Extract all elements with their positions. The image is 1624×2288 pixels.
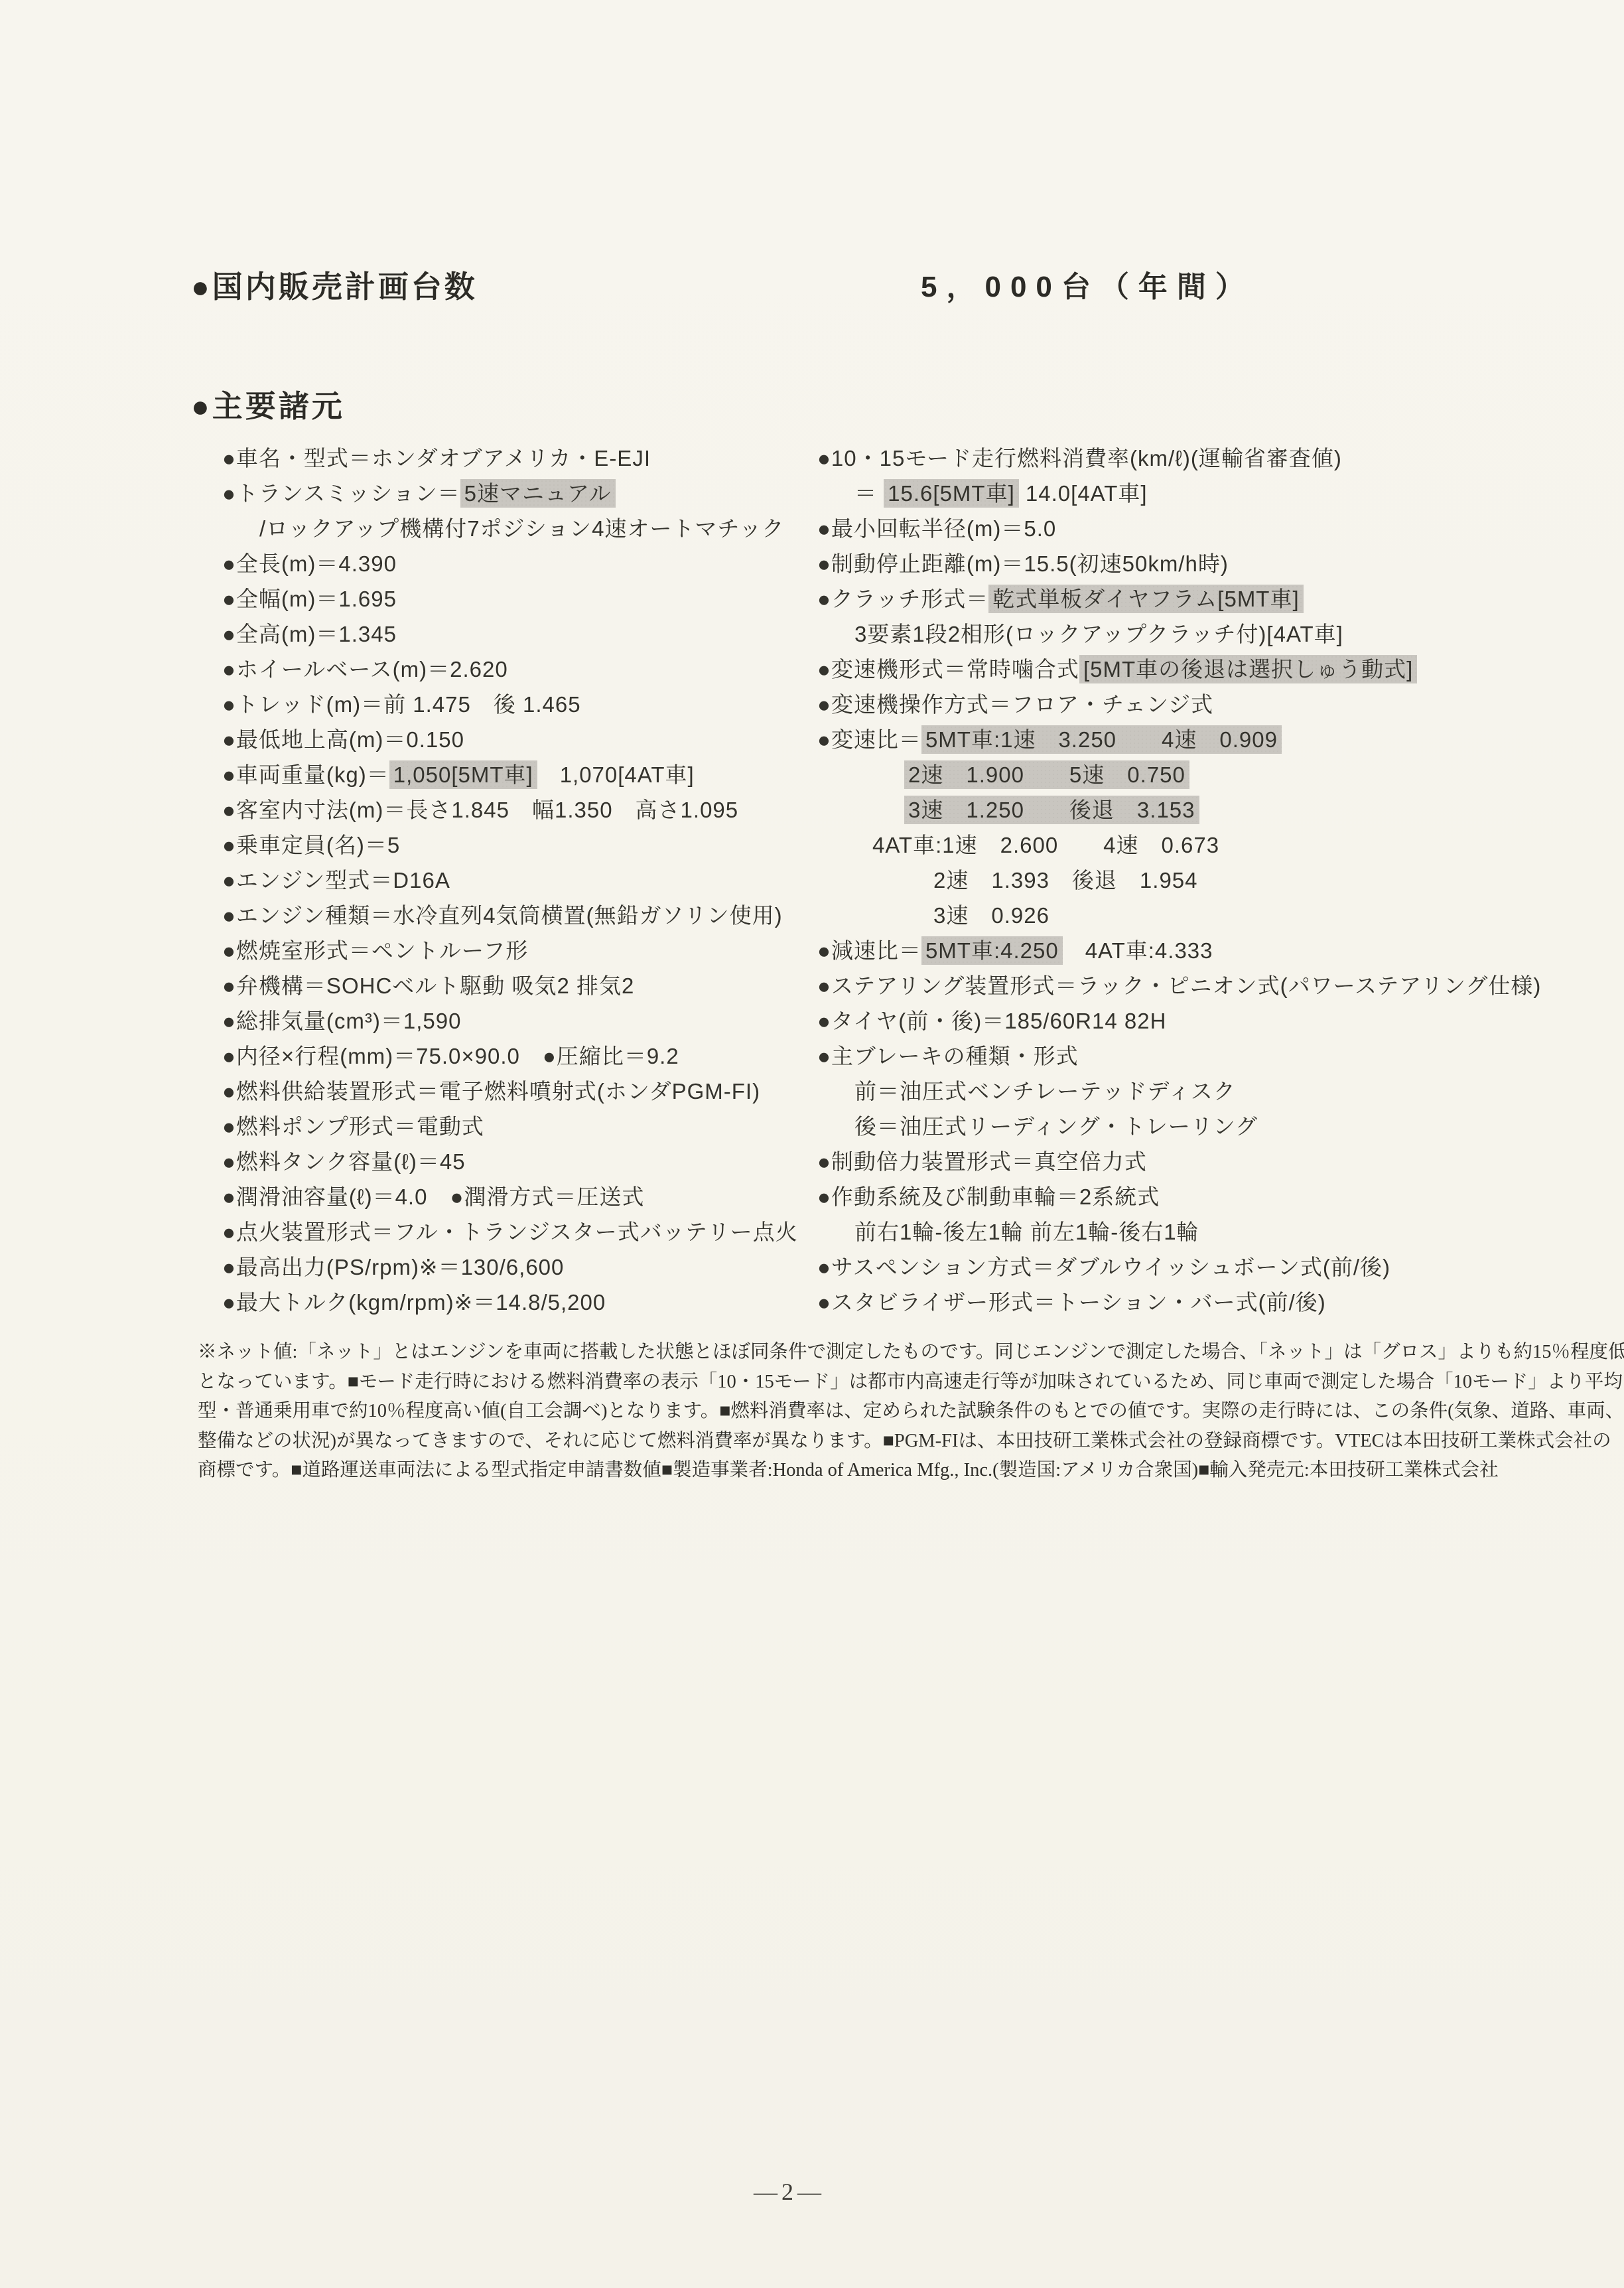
spec-text: ●変速比＝ xyxy=(817,727,921,752)
spec-text: ●ホイールベース(m)＝2.620 xyxy=(222,657,508,681)
spec-line: 4AT車:1速 2.600 4速 0.673 xyxy=(872,827,1521,863)
spec-line: ●トレッド(m)＝前 1.475 後 1.465 xyxy=(222,687,819,722)
spec-line: ●最小回転半径(m)＝5.0 xyxy=(817,511,1521,546)
spec-text: 3要素1段2相形(ロックアップクラッチ付)[4AT車] xyxy=(854,622,1343,646)
spec-line: ●燃焼室形式＝ペントルーフ形 xyxy=(222,933,819,968)
spec-line: ＝ 15.6[5MT車] 14.0[4AT車] xyxy=(854,476,1521,511)
spec-text: ●主ブレーキの種類・形式 xyxy=(817,1044,1079,1068)
spec-text: 2速 1.393 後退 1.954 xyxy=(933,868,1198,893)
spec-line: ●最大トルク(kgm/rpm)※＝14.8/5,200 xyxy=(222,1285,819,1320)
spec-line: ●燃料タンク容量(ℓ)＝45 xyxy=(222,1144,819,1179)
spec-text: ●燃焼室形式＝ペントルーフ形 xyxy=(222,938,528,963)
spec-text: 4AT車:4.333 xyxy=(1063,938,1213,963)
spec-text: ●全幅(m)＝1.695 xyxy=(222,587,397,611)
spec-text: ●スタビライザー形式＝トーション・バー式(前/後) xyxy=(817,1290,1326,1315)
spec-line: ●主ブレーキの種類・形式 xyxy=(817,1038,1521,1074)
spec-line: 3要素1段2相形(ロックアップクラッチ付)[4AT車] xyxy=(854,616,1521,652)
spec-line: ●最低地上高(m)＝0.150 xyxy=(222,722,819,757)
spec-text: 1,070[4AT車] xyxy=(537,762,695,787)
spec-text: ●弁機構＝SOHCベルト駆動 吸気2 排気2 xyxy=(222,973,634,998)
spec-text: ●内径×行程(mm)＝75.0×90.0 ●圧縮比＝9.2 xyxy=(222,1044,679,1068)
spec-text: ●点火装置形式＝フル・トランジスター式バッテリー点火 xyxy=(222,1220,798,1244)
spec-text: ●乗車定員(名)＝5 xyxy=(222,833,400,857)
spec-line: ●制動停止距離(m)＝15.5(初速50km/h時) xyxy=(817,546,1521,581)
spec-line: ●サスペンション方式＝ダブルウイッシュボーン式(前/後) xyxy=(817,1250,1521,1285)
highlighted-spec-text: 2速 1.900 5速 0.750 xyxy=(904,760,1189,789)
spec-text: 前右1輪-後左1輪 前左1輪-後右1輪 xyxy=(854,1220,1199,1244)
spec-line: ●変速機操作方式＝フロア・チェンジ式 xyxy=(817,687,1521,722)
spec-line: ●点火装置形式＝フル・トランジスター式バッテリー点火 xyxy=(222,1214,819,1250)
spec-line: ●エンジン型式＝D16A xyxy=(222,863,819,898)
spec-line: ●弁機構＝SOHCベルト駆動 吸気2 排気2 xyxy=(222,968,819,1003)
spec-line: ●燃料供給装置形式＝電子燃料噴射式(ホンダPGM-FI) xyxy=(222,1074,819,1109)
spec-line: ●総排気量(cm³)＝1,590 xyxy=(222,1003,819,1038)
domestic-sales-plan-label: ●国内販売計画台数 xyxy=(191,269,478,304)
spec-text: ●客室内寸法(m)＝長さ1.845 幅1.350 高さ1.095 xyxy=(222,798,738,822)
spec-line: ●ステアリング装置形式＝ラック・ピニオン式(パワーステアリング仕様) xyxy=(817,968,1521,1003)
highlighted-spec-text: 15.6[5MT車] xyxy=(884,479,1019,508)
footnote-line: 整備などの状況)が異なってきますので、それに応じて燃料消費率が異なります。■PG… xyxy=(198,1427,1433,1457)
highlighted-spec-text: 乾式単板ダイヤフラム[5MT車] xyxy=(988,585,1303,613)
spec-text: ●トレッド(m)＝前 1.475 後 1.465 xyxy=(222,692,581,717)
spec-line: ●車名・型式＝ホンダオブアメリカ・E-EJI xyxy=(222,441,819,476)
spec-line: ●乗車定員(名)＝5 xyxy=(222,827,819,863)
highlighted-spec-text: 5速マニュアル xyxy=(460,479,616,508)
spec-line: ●タイヤ(前・後)＝185/60R14 82H xyxy=(817,1003,1521,1038)
spec-line: 前右1輪-後左1輪 前左1輪-後右1輪 xyxy=(854,1214,1521,1250)
spec-text: ●燃料ポンプ形式＝電動式 xyxy=(222,1114,484,1139)
spec-text: ●総排気量(cm³)＝1,590 xyxy=(222,1009,461,1033)
spec-text: ●ステアリング装置形式＝ラック・ピニオン式(パワーステアリング仕様) xyxy=(817,973,1541,998)
spec-line: 前＝油圧式ベンチレーテッドディスク xyxy=(854,1074,1521,1109)
highlighted-spec-text: 1,050[5MT車] xyxy=(389,760,537,789)
spec-text: ●10・15モード走行燃料消費率(km/ℓ)(運輸省審査値) xyxy=(817,446,1342,470)
page-number: —2— xyxy=(0,2178,1579,2206)
footnote-line: 型・普通乗用車で約10％程度高い値(自工会調べ)となります。■燃料消費率は、定め… xyxy=(198,1397,1433,1427)
domestic-sales-plan-row: ●国内販売計画台数 5，000台（年間） xyxy=(191,263,1452,307)
spec-text: ●タイヤ(前・後)＝185/60R14 82H xyxy=(817,1009,1166,1033)
highlighted-spec-text: 3速 1.250 後退 3.153 xyxy=(904,796,1199,824)
spec-text: ●エンジン種類＝水冷直列4気筒横置(無鉛ガソリン使用) xyxy=(222,903,783,928)
spec-text: ●車名・型式＝ホンダオブアメリカ・E-EJI xyxy=(222,446,651,470)
spec-line: ●作動系統及び制動車輪＝2系統式 xyxy=(817,1179,1521,1214)
spec-text: ●作動系統及び制動車輪＝2系統式 xyxy=(817,1184,1160,1209)
footnote-line: となっています。■モード走行時における燃料消費率の表示「10・15モード」は都市… xyxy=(198,1368,1433,1397)
footnote-line: ※ネット値:「ネット」とはエンジンを車両に搭載した状態とほぼ同条件で測定したもの… xyxy=(198,1338,1433,1368)
spec-line: 後＝油圧式リーディング・トレーリング xyxy=(854,1109,1521,1144)
spec-line: ●燃料ポンプ形式＝電動式 xyxy=(222,1109,819,1144)
spec-line: ●車両重量(kg)＝1,050[5MT車] 1,070[4AT車] xyxy=(222,757,819,792)
highlighted-spec-text: [5MT車の後退は選択しゅう動式] xyxy=(1079,655,1417,683)
spec-text: ●制動停止距離(m)＝15.5(初速50km/h時) xyxy=(817,551,1229,576)
spec-text: ●潤滑油容量(ℓ)＝4.0 ●潤滑方式＝圧送式 xyxy=(222,1184,644,1209)
spec-text: ●変速機操作方式＝フロア・チェンジ式 xyxy=(817,692,1213,717)
spec-text: ●トランスミッション＝ xyxy=(222,481,460,506)
spec-text: ●減速比＝ xyxy=(817,938,921,963)
spec-line: ●最高出力(PS/rpm)※＝130/6,600 xyxy=(222,1250,819,1285)
spec-text: ●燃料タンク容量(ℓ)＝45 xyxy=(222,1149,466,1174)
footnote-paragraph: ※ネット値:「ネット」とはエンジンを車両に搭載した状態とほぼ同条件で測定したもの… xyxy=(198,1338,1433,1486)
spec-line: ●全長(m)＝4.390 xyxy=(222,546,819,581)
spec-line: /ロックアップ機構付7ポジション4速オートマチック xyxy=(259,511,819,546)
spec-text: ●クラッチ形式＝ xyxy=(817,587,988,611)
spec-text: ●全長(m)＝4.390 xyxy=(222,551,397,576)
spec-line: ●客室内寸法(m)＝長さ1.845 幅1.350 高さ1.095 xyxy=(222,792,819,827)
spec-line: 2速 1.900 5速 0.750 xyxy=(904,757,1521,792)
spec-sheet-page: ●国内販売計画台数 5，000台（年間） ●主要諸元 ●車名・型式＝ホンダオブア… xyxy=(0,0,1624,2288)
spec-column-left: ●車名・型式＝ホンダオブアメリカ・E-EJI●トランスミッション＝5速マニュアル… xyxy=(222,441,819,1320)
spec-line: 3速 0.926 xyxy=(933,898,1521,933)
spec-text: ●燃料供給装置形式＝電子燃料噴射式(ホンダPGM-FI) xyxy=(222,1079,760,1104)
highlighted-spec-text: 5MT車:1速 3.250 4速 0.909 xyxy=(921,725,1282,754)
spec-text: ●全高(m)＝1.345 xyxy=(222,622,397,646)
spec-text: ●エンジン型式＝D16A xyxy=(222,868,450,893)
spec-line: ●クラッチ形式＝乾式単板ダイヤフラム[5MT車] xyxy=(817,581,1521,616)
spec-text: 4AT車:1速 2.600 4速 0.673 xyxy=(872,833,1219,857)
main-specifications-heading: ●主要諸元 xyxy=(191,382,345,426)
spec-text: ●変速機形式＝常時噛合式 xyxy=(817,657,1079,681)
spec-text: ＝ xyxy=(854,481,884,506)
spec-line: 3速 1.250 後退 3.153 xyxy=(904,792,1521,827)
spec-line: ●潤滑油容量(ℓ)＝4.0 ●潤滑方式＝圧送式 xyxy=(222,1179,819,1214)
spec-text: ●車両重量(kg)＝ xyxy=(222,762,389,787)
spec-text: 後＝油圧式リーディング・トレーリング xyxy=(854,1114,1258,1139)
spec-line: ●10・15モード走行燃料消費率(km/ℓ)(運輸省審査値) xyxy=(817,441,1521,476)
spec-column-right: ●10・15モード走行燃料消費率(km/ℓ)(運輸省審査値)＝ 15.6[5MT… xyxy=(817,441,1521,1320)
spec-text: ●サスペンション方式＝ダブルウイッシュボーン式(前/後) xyxy=(817,1255,1390,1279)
spec-line: ●内径×行程(mm)＝75.0×90.0 ●圧縮比＝9.2 xyxy=(222,1038,819,1074)
spec-text: /ロックアップ機構付7ポジション4速オートマチック xyxy=(259,516,784,541)
highlighted-spec-text: 5MT車:4.250 xyxy=(921,936,1063,965)
spec-text: 3速 0.926 xyxy=(933,903,1049,928)
footnote-line: 商標です。■道路運送車両法による型式指定申請書数値■製造事業者:Honda of… xyxy=(198,1456,1433,1486)
spec-line: ●ホイールベース(m)＝2.620 xyxy=(222,652,819,687)
spec-line: ●エンジン種類＝水冷直列4気筒横置(無鉛ガソリン使用) xyxy=(222,898,819,933)
spec-line: ●トランスミッション＝5速マニュアル xyxy=(222,476,819,511)
spec-line: ●変速比＝5MT車:1速 3.250 4速 0.909 xyxy=(817,722,1521,757)
spec-line: ●全高(m)＝1.345 xyxy=(222,616,819,652)
spec-line: ●スタビライザー形式＝トーション・バー式(前/後) xyxy=(817,1285,1521,1320)
spec-text: ●制動倍力装置形式＝真空倍力式 xyxy=(817,1149,1147,1174)
spec-text: ●最小回転半径(m)＝5.0 xyxy=(817,516,1056,541)
spec-text: ●最大トルク(kgm/rpm)※＝14.8/5,200 xyxy=(222,1290,606,1315)
spec-text: ●最低地上高(m)＝0.150 xyxy=(222,727,464,752)
spec-line: ●減速比＝5MT車:4.250 4AT車:4.333 xyxy=(817,933,1521,968)
spec-line: ●変速機形式＝常時噛合式[5MT車の後退は選択しゅう動式] xyxy=(817,652,1521,687)
spec-line: ●全幅(m)＝1.695 xyxy=(222,581,819,616)
spec-text: 14.0[4AT車] xyxy=(1019,481,1148,506)
spec-line: 2速 1.393 後退 1.954 xyxy=(933,863,1521,898)
spec-line: ●制動倍力装置形式＝真空倍力式 xyxy=(817,1144,1521,1179)
spec-text: ●最高出力(PS/rpm)※＝130/6,600 xyxy=(222,1255,564,1279)
domestic-sales-plan-value: 5，000台（年間） xyxy=(921,263,1254,305)
spec-text: 前＝油圧式ベンチレーテッドディスク xyxy=(854,1079,1236,1104)
